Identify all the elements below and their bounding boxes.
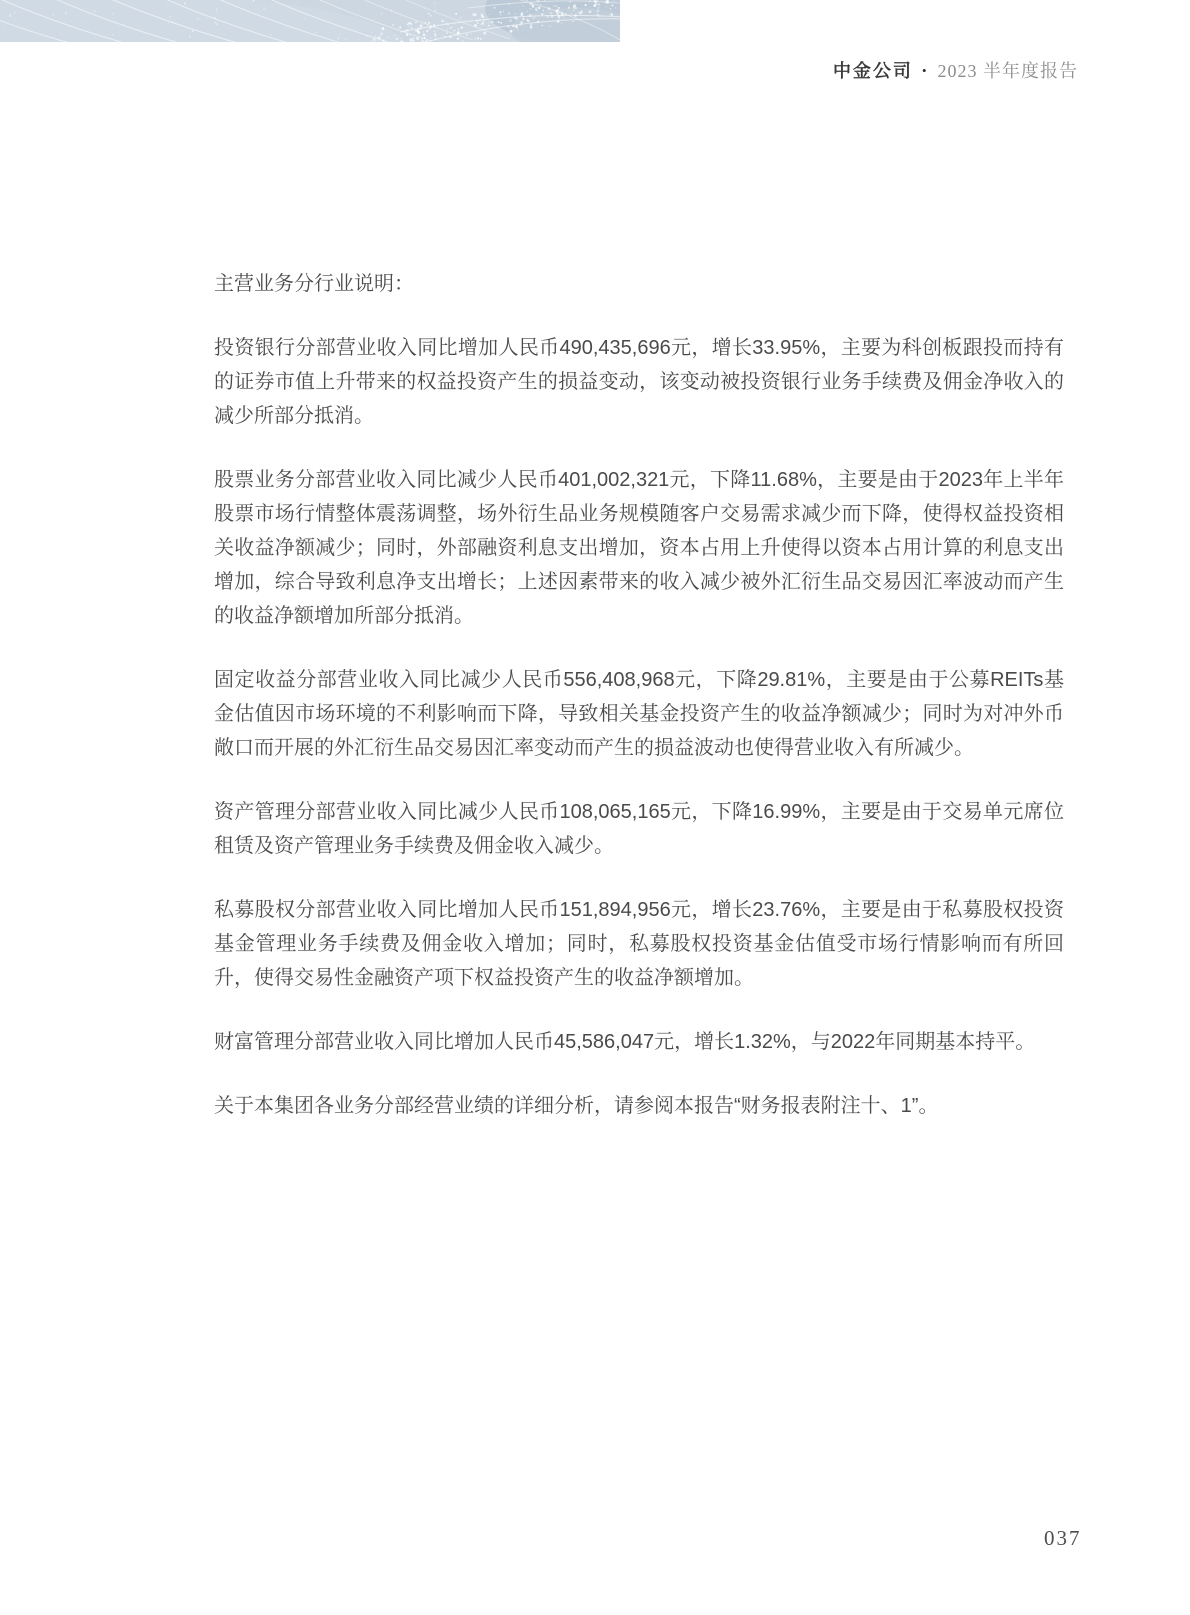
header-banner-decoration	[0, 0, 620, 42]
report-header: 中金公司 • 2023 半年度报告	[833, 59, 1078, 83]
body-paragraph-fixed-income: 固定收益分部营业收入同比减少人民币556,408,968元，下降29.81%，主…	[214, 663, 1064, 765]
report-page: 中金公司 • 2023 半年度报告 主营业务分行业说明： 投资银行分部营业收入同…	[0, 0, 1190, 1615]
body-paragraph-equities: 股票业务分部营业收入同比减少人民币401,002,321元，下降11.68%，主…	[214, 463, 1064, 633]
body-paragraph-private-equity: 私募股权分部营业收入同比增加人民币151,894,956元，增长23.76%，主…	[214, 893, 1064, 995]
report-title: 2023 半年度报告	[938, 59, 1079, 83]
company-name: 中金公司	[833, 59, 913, 83]
body-paragraph-wealth-management: 财富管理分部营业收入同比增加人民币45,586,047元，增长1.32%，与20…	[214, 1025, 1064, 1059]
body-paragraph-reference-note: 关于本集团各业务分部经营业绩的详细分析，请参阅本报告“财务报表附注十、1”。	[214, 1089, 1064, 1123]
body-paragraph-investment-banking: 投资银行分部营业收入同比增加人民币490,435,696元，增长33.95%，主…	[214, 331, 1064, 433]
page-number: 037	[1044, 1526, 1082, 1551]
bullet-separator: •	[922, 59, 927, 83]
section-title: 主营业务分行业说明：	[214, 267, 1064, 301]
main-text: 主营业务分行业说明： 投资银行分部营业收入同比增加人民币490,435,696元…	[214, 267, 1064, 1153]
body-paragraph-asset-management: 资产管理分部营业收入同比减少人民币108,065,165元，下降16.99%，主…	[214, 795, 1064, 863]
